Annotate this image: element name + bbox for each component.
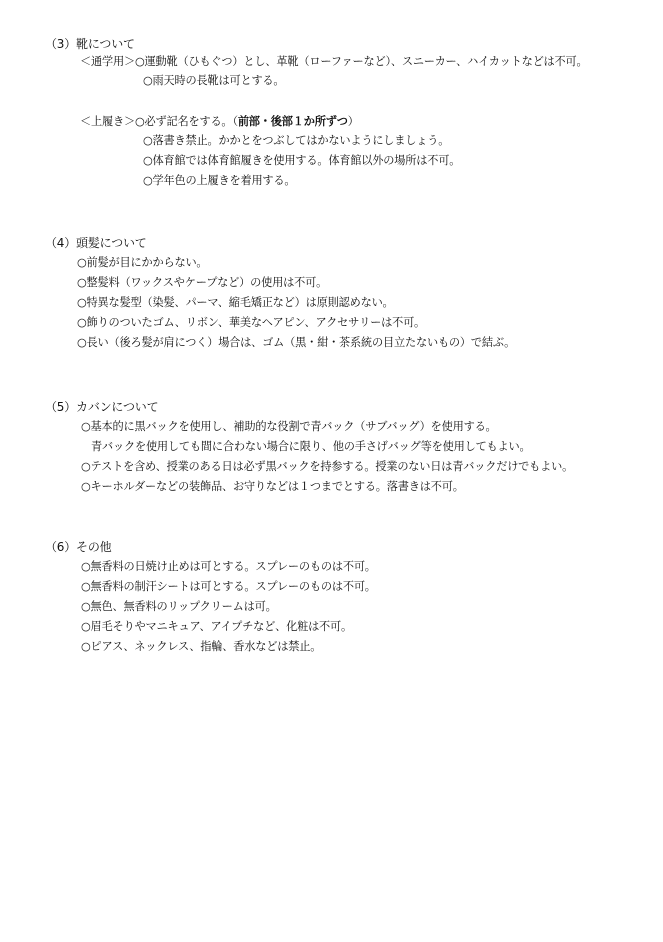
section-heading-other: （6）その他 <box>45 540 111 554</box>
other-item: ○ピアス、ネックレス、指輪、香水などは禁止。 <box>81 640 321 654</box>
shoes-commute-item: ○運動靴（ひもぐつ）とし、革靴（ローファーなど）、スニーカー、ハイカットなどは不… <box>135 55 588 68</box>
shoes-indoor-item: ○落書き禁止。かかとをつぶしてはかないようにしましょう。 <box>143 134 449 148</box>
hair-item: ○整髪料（ワックスやケープなど）の使用は不可。 <box>77 276 327 290</box>
bag-item: ○テストを含め、授業のある日は必ず黒バックを持参する。授業のない日は青バックだけ… <box>81 460 573 474</box>
shoes-commute-label: ＜通学用＞ <box>80 55 135 68</box>
section-heading-bag: （5）カバンについて <box>45 400 158 414</box>
bag-item-continuation: 青バックを使用しても間に合わない場合に限り、他の手さげバッグ等を使用してもよい。 <box>91 440 531 454</box>
shoes-indoor-item: ○必ず記名をする。（ <box>135 115 238 128</box>
shoes-indoor-label: ＜上履き＞ <box>80 115 135 128</box>
shoes-commute-row: ＜通学用＞○運動靴（ひもぐつ）とし、革靴（ローファーなど）、スニーカー、ハイカッ… <box>80 55 588 69</box>
shoes-indoor-emphasis: 前部・後部１か所ずつ <box>238 115 348 128</box>
shoes-indoor-row: ＜上履き＞○必ず記名をする。（前部・後部１か所ずつ） <box>80 115 359 129</box>
section-heading-shoes: （3）靴について <box>45 37 135 51</box>
bag-item: ○キーホルダーなどの装飾品、お守りなどは１つまでとする。落書きは不可。 <box>81 480 464 494</box>
other-item: ○無色、無香料のリップクリームは可。 <box>81 600 277 614</box>
shoes-indoor-item: ○体育館では体育館履きを使用する。体育館以外の場所は不可。 <box>143 154 460 168</box>
hair-item: ○前髪が目にかからない。 <box>77 256 207 270</box>
other-item: ○無香料の日焼け止めは可とする。スプレーのものは不可。 <box>81 560 376 574</box>
shoes-indoor-item-suffix: ） <box>348 115 359 128</box>
bag-item: ○基本的に黒バックを使用し、補助的な役割で青バック（サブバッグ）を使用する。 <box>81 420 497 434</box>
hair-item: ○特異な髪型（染髪、パーマ、縮毛矯正など）は原則認めない。 <box>77 296 394 310</box>
hair-item: ○飾りのついたゴム、リボン、華美なヘアピン、アクセサリーは不可。 <box>77 316 425 330</box>
other-item: ○眉毛そりやマニキュア、アイプチなど、化粧は不可。 <box>81 620 352 634</box>
shoes-indoor-item: ○学年色の上履きを着用する。 <box>143 174 295 188</box>
section-heading-hair: （4）頭髪について <box>45 236 147 250</box>
shoes-commute-item: ○雨天時の長靴は可とする。 <box>143 74 284 88</box>
other-item: ○無香料の制汗シートは可とする。スプレーのものは不可。 <box>81 580 376 594</box>
hair-item: ○長い（後ろ髪が肩につく）場合は、ゴム（黒・紺・茶系統の目立たないもの）で結ぶ。 <box>77 336 515 350</box>
